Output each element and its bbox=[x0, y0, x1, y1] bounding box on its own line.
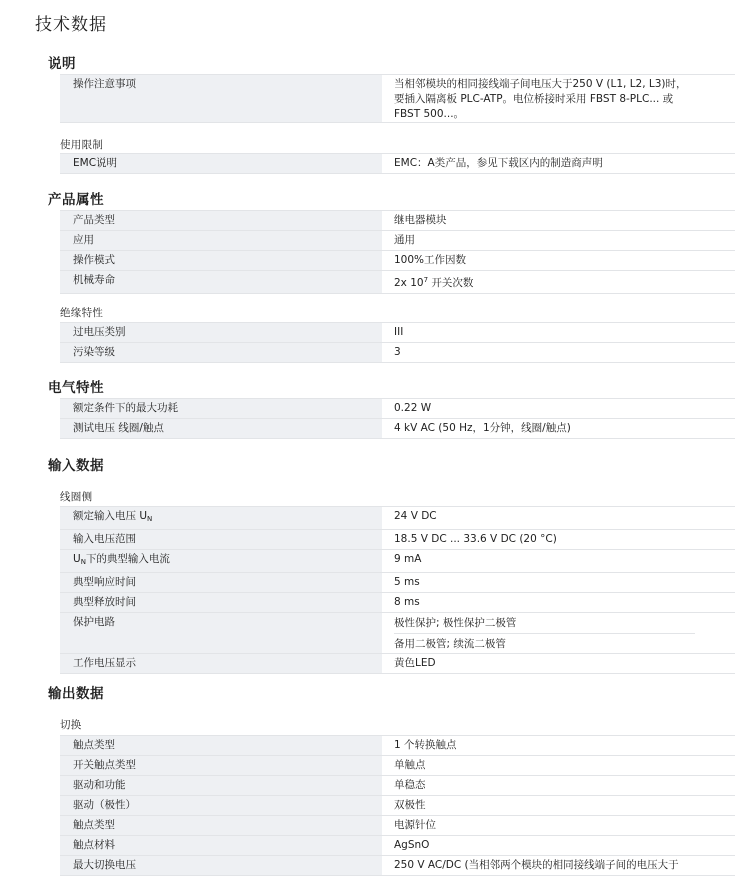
switching-table: 触点类型 1 个转换触点 开关触点类型 单触点 驱动和功能 单稳态 驱动（极性）… bbox=[60, 735, 735, 876]
row-label: 过电压类别 bbox=[60, 323, 382, 342]
description-table: 操作注意事项 当相邻模块的相同接线端子间电压大于250 V (L1, L2, L… bbox=[60, 74, 735, 123]
usage-limits-table: EMC说明 EMC：A类产品，参见下载区内的制造商声明 bbox=[60, 153, 735, 174]
section-title-output: 输出数据 bbox=[48, 682, 104, 702]
row-label: 触点类型 bbox=[60, 816, 382, 835]
insulation-table: 过电压类别 III 污染等级 3 bbox=[60, 322, 735, 363]
row-label: EMC说明 bbox=[60, 154, 382, 173]
label-subscript: N bbox=[147, 515, 152, 523]
label-suffix: 下的典型输入电流 bbox=[86, 553, 170, 565]
table-row: 污染等级 3 bbox=[60, 342, 735, 363]
table-row: 触点材料 AgSnO bbox=[60, 835, 735, 855]
row-value: 通用 bbox=[382, 231, 735, 250]
row-label: 额定输入电压 UN bbox=[60, 507, 382, 529]
row-label: 污染等级 bbox=[60, 343, 382, 362]
subsection-title-switching: 切换 bbox=[60, 717, 82, 732]
table-row: EMC说明 EMC：A类产品，参见下载区内的制造商声明 bbox=[60, 153, 735, 174]
table-row: 额定条件下的最大功耗 0.22 W bbox=[60, 398, 735, 418]
table-row: 典型释放时间 8 ms bbox=[60, 592, 735, 612]
section-title-product-properties: 产品属性 bbox=[48, 188, 104, 208]
value-suffix: 开关次数 bbox=[428, 277, 473, 289]
row-label: 测试电压 线圈/触点 bbox=[60, 419, 382, 438]
page-title: 技术数据 bbox=[35, 10, 107, 35]
table-row: 触点类型 电源针位 bbox=[60, 815, 735, 835]
table-row: 工作电压显示 黄色LED bbox=[60, 653, 735, 674]
row-value: 电源针位 bbox=[382, 816, 735, 835]
row-value: 单稳态 bbox=[382, 776, 735, 795]
row-value: 4 kV AC (50 Hz，1分钟，线圈/触点) bbox=[382, 419, 735, 438]
table-row: 驱动（极性） 双极性 bbox=[60, 795, 735, 815]
row-value: 极性保护; 极性保护二极管 备用二极管; 续流二极管 bbox=[382, 613, 735, 653]
row-value: 2x 107 开关次数 bbox=[382, 271, 735, 293]
row-value-line: 备用二极管; 续流二极管 bbox=[394, 634, 695, 654]
row-label: 开关触点类型 bbox=[60, 756, 382, 775]
row-label: 驱动（极性） bbox=[60, 796, 382, 815]
table-row: 机械寿命 2x 107 开关次数 bbox=[60, 270, 735, 294]
row-value: 单触点 bbox=[382, 756, 735, 775]
row-value: 继电器模块 bbox=[382, 211, 735, 230]
table-row: 应用 通用 bbox=[60, 230, 735, 250]
row-value: 0.22 W bbox=[382, 399, 735, 418]
table-row: 测试电压 线圈/触点 4 kV AC (50 Hz，1分钟，线圈/触点) bbox=[60, 418, 735, 439]
row-label: 典型释放时间 bbox=[60, 593, 382, 612]
table-row: 过电压类别 III bbox=[60, 322, 735, 342]
row-value: 18.5 V DC ... 33.6 V DC (20 °C) bbox=[382, 530, 735, 549]
row-label: 最大切换电压 bbox=[60, 856, 382, 875]
row-value: 250 V AC/DC (当相邻两个模块的相同接线端子间的电压大于 bbox=[382, 856, 735, 875]
electrical-table: 额定条件下的最大功耗 0.22 W 测试电压 线圈/触点 4 kV AC (50… bbox=[60, 398, 735, 439]
row-value: 3 bbox=[382, 343, 735, 362]
row-label: 输入电压范围 bbox=[60, 530, 382, 549]
table-row: 操作模式 100%工作因数 bbox=[60, 250, 735, 270]
section-title-description: 说明 bbox=[48, 52, 76, 72]
subsection-title-coil-side: 线圈侧 bbox=[60, 489, 92, 504]
row-value: III bbox=[382, 323, 735, 342]
table-row: 开关触点类型 单触点 bbox=[60, 755, 735, 775]
row-label: 操作模式 bbox=[60, 251, 382, 270]
row-value: 1 个转换触点 bbox=[382, 736, 735, 755]
row-value: 当相邻模块的相同接线端子间电压大于250 V (L1, L2, L3)时，要插入… bbox=[382, 75, 735, 122]
row-label: 驱动和功能 bbox=[60, 776, 382, 795]
label-text: 额定输入电压 U bbox=[73, 510, 147, 522]
table-row: 驱动和功能 单稳态 bbox=[60, 775, 735, 795]
table-row: 典型响应时间 5 ms bbox=[60, 572, 735, 592]
row-label: 保护电路 bbox=[60, 613, 382, 653]
row-label: 应用 bbox=[60, 231, 382, 250]
row-label: UN下的典型输入电流 bbox=[60, 550, 382, 572]
row-label: 产品类型 bbox=[60, 211, 382, 230]
value-prefix: 2x 10 bbox=[394, 277, 424, 289]
section-title-electrical: 电气特性 bbox=[48, 376, 104, 396]
table-row: 保护电路 极性保护; 极性保护二极管 备用二极管; 续流二极管 bbox=[60, 612, 735, 653]
row-label: 机械寿命 bbox=[60, 271, 382, 293]
row-value: 黄色LED bbox=[382, 654, 735, 673]
row-value: 24 V DC bbox=[382, 507, 735, 529]
coil-side-table: 额定输入电压 UN 24 V DC 输入电压范围 18.5 V DC ... 3… bbox=[60, 506, 735, 674]
row-value: AgSnO bbox=[382, 836, 735, 855]
table-row: UN下的典型输入电流 9 mA bbox=[60, 549, 735, 572]
label-text: U bbox=[73, 553, 81, 565]
row-value: 5 ms bbox=[382, 573, 735, 592]
row-value-line: 极性保护; 极性保护二极管 bbox=[394, 613, 695, 634]
row-label: 触点类型 bbox=[60, 736, 382, 755]
row-label: 额定条件下的最大功耗 bbox=[60, 399, 382, 418]
row-value: EMC：A类产品，参见下载区内的制造商声明 bbox=[382, 154, 735, 173]
row-value: 双极性 bbox=[382, 796, 735, 815]
subsection-title-insulation: 绝缘特性 bbox=[60, 305, 103, 320]
product-properties-table: 产品类型 继电器模块 应用 通用 操作模式 100%工作因数 机械寿命 2x 1… bbox=[60, 210, 735, 294]
table-row: 触点类型 1 个转换触点 bbox=[60, 735, 735, 755]
row-label: 操作注意事项 bbox=[60, 75, 382, 122]
subsection-title-usage-limits: 使用限制 bbox=[60, 137, 103, 152]
row-value: 9 mA bbox=[382, 550, 735, 572]
row-value: 8 ms bbox=[382, 593, 735, 612]
table-row: 额定输入电压 UN 24 V DC bbox=[60, 506, 735, 529]
row-label: 触点材料 bbox=[60, 836, 382, 855]
row-value: 100%工作因数 bbox=[382, 251, 735, 270]
section-title-input: 输入数据 bbox=[48, 454, 104, 474]
table-row: 产品类型 继电器模块 bbox=[60, 210, 735, 230]
table-row: 最大切换电压 250 V AC/DC (当相邻两个模块的相同接线端子间的电压大于 bbox=[60, 855, 735, 876]
row-label: 典型响应时间 bbox=[60, 573, 382, 592]
table-row: 操作注意事项 当相邻模块的相同接线端子间电压大于250 V (L1, L2, L… bbox=[60, 74, 735, 123]
table-row: 输入电压范围 18.5 V DC ... 33.6 V DC (20 °C) bbox=[60, 529, 735, 549]
row-label: 工作电压显示 bbox=[60, 654, 382, 673]
